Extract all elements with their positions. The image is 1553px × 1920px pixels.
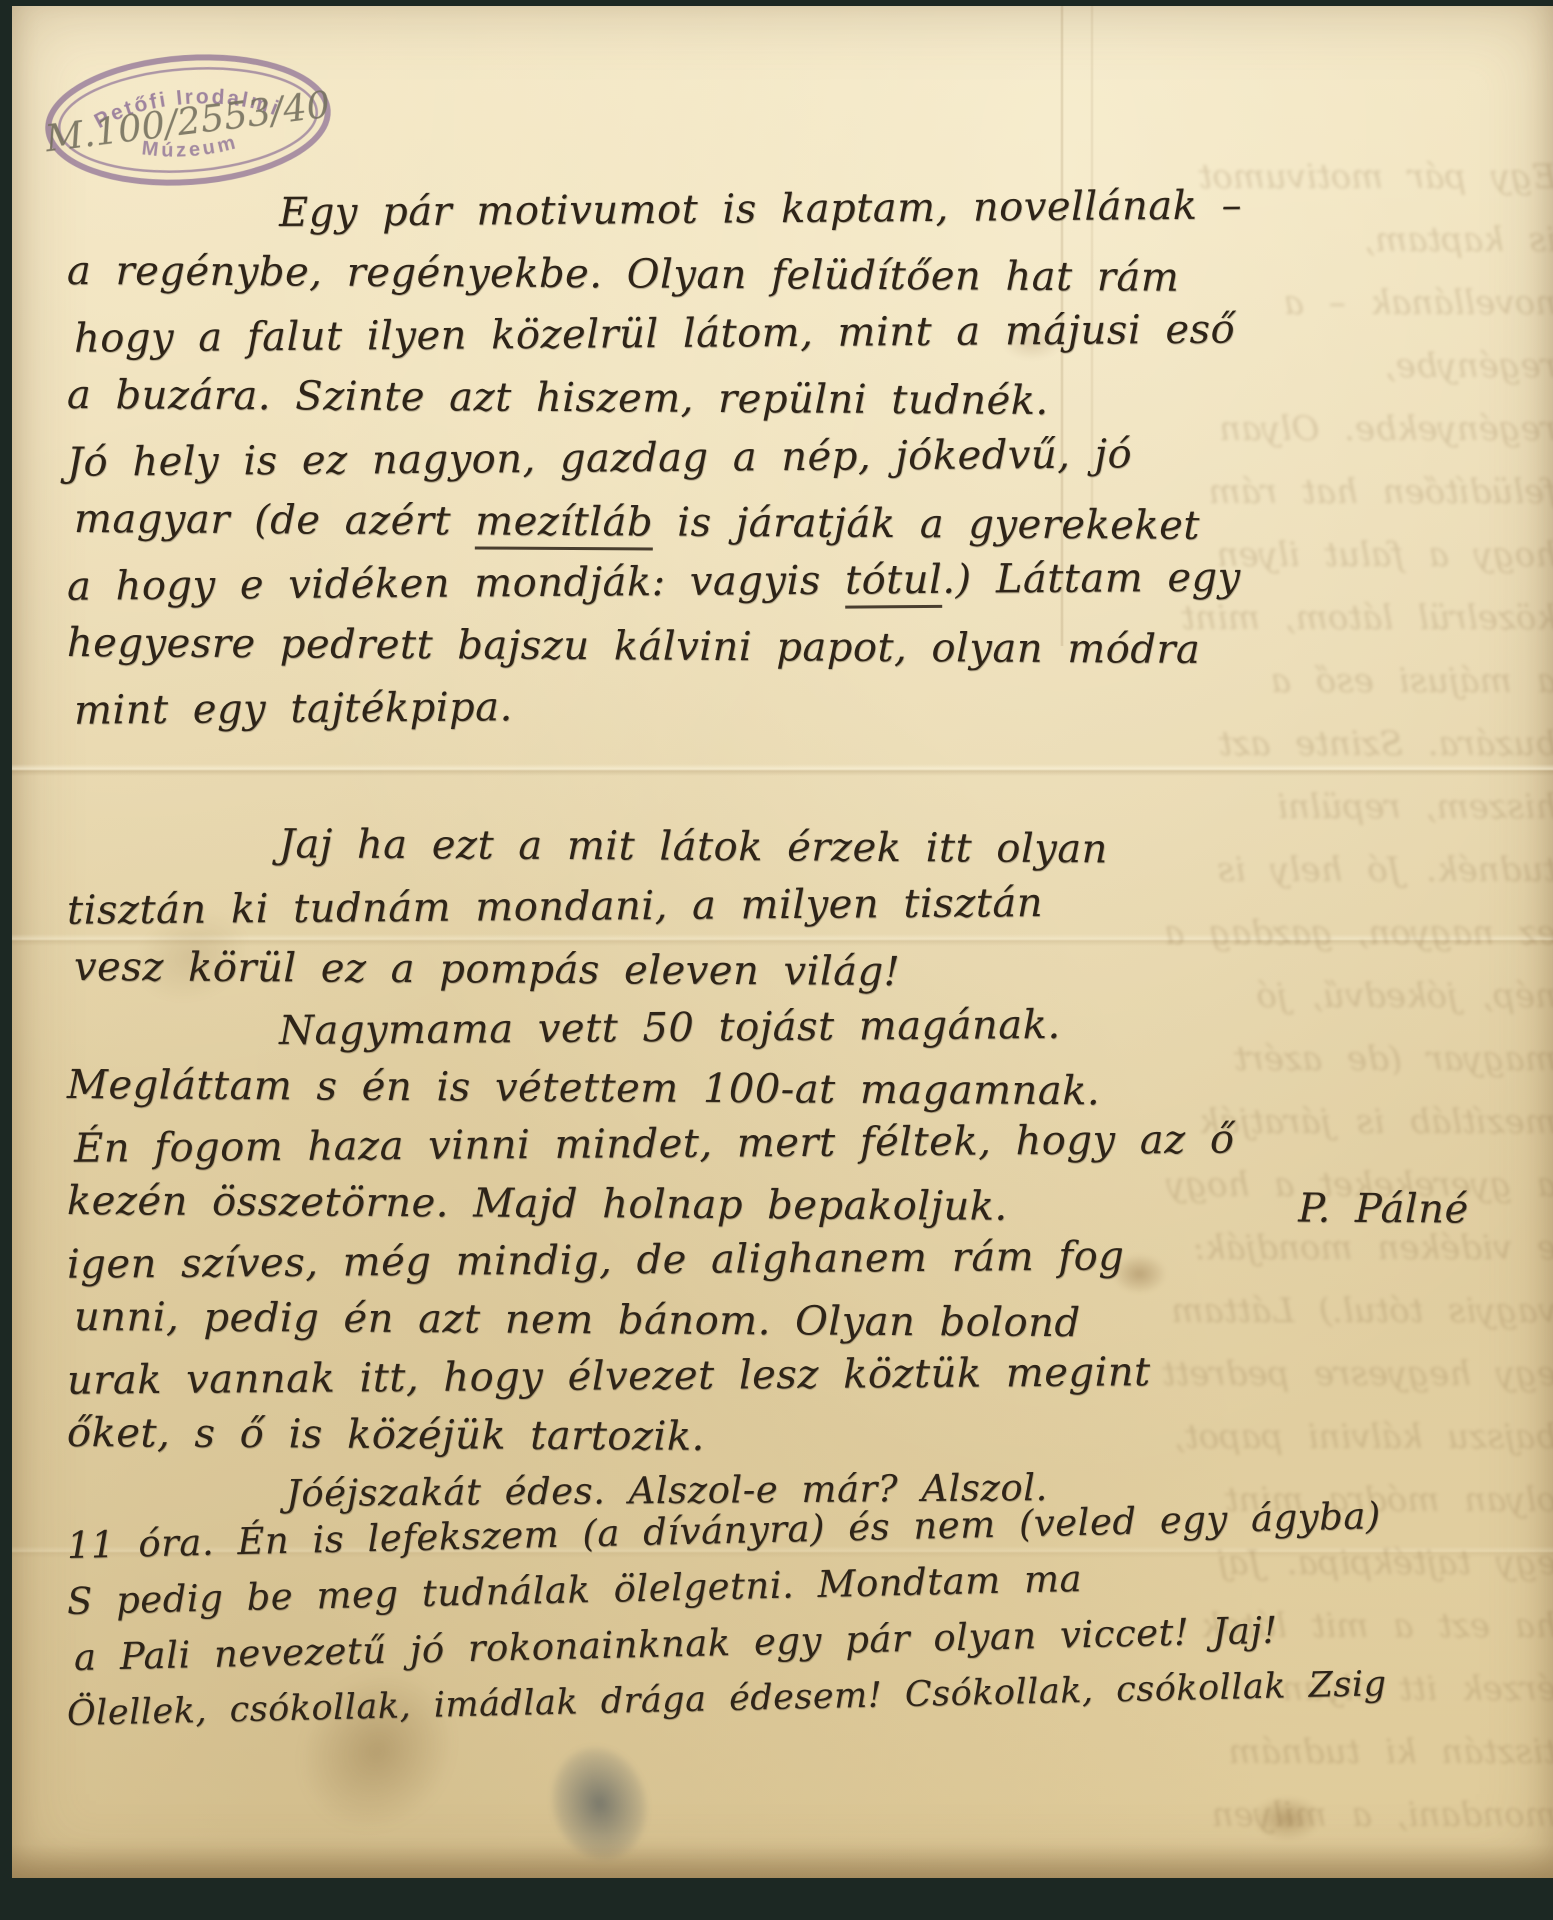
letter-line: hogy a falut ilyen közelrül látom, mint … — [74, 296, 1523, 369]
letter-line: mint egy tajtékpipa. — [74, 668, 1523, 741]
letter-line: Én fogom haza vinni mindet, mert féltek,… — [74, 1108, 1523, 1177]
ink-blot — [539, 1736, 661, 1872]
letter-line: Jó hely is ez nagyon, gazdag a nép, jóke… — [67, 420, 1523, 493]
underlined-word: tótul — [845, 557, 943, 609]
letter-line: Egy pár motivumot is kaptam, novellának … — [67, 172, 1523, 245]
letter-line: Nagymama vett 50 tojást magának. — [67, 992, 1523, 1061]
letter-line: a hogy e vidéken mondják: vagyis tótul.)… — [67, 544, 1523, 617]
letter-line: tisztán ki tudnám mondani, a milyen tisz… — [67, 868, 1523, 941]
letter-line: igen szíves, még mindig, de alighanem rá… — [67, 1224, 1523, 1293]
bottom-edge-grime — [12, 1844, 1553, 1878]
letter-line: urak vannak itt, hogy élvezet lesz köztü… — [67, 1340, 1523, 1409]
letter-paper: Petőfi Irodalmi Múzeum M.100/2553/40 Egy… — [12, 6, 1553, 1878]
scanned-letter-page: { "scan": { "background_color": "#1c2823… — [0, 0, 1553, 1920]
stain — [1252, 1796, 1322, 1841]
letter-body: Egy pár motivumot is kaptam, novellának … — [67, 178, 1523, 1742]
stamp-graphic: Petőfi Irodalmi Múzeum M.100/2553/40 — [33, 40, 342, 201]
underlined-word: mezítláb — [475, 498, 653, 550]
museum-stamp: Petőfi Irodalmi Múzeum M.100/2553/40 — [33, 40, 342, 201]
